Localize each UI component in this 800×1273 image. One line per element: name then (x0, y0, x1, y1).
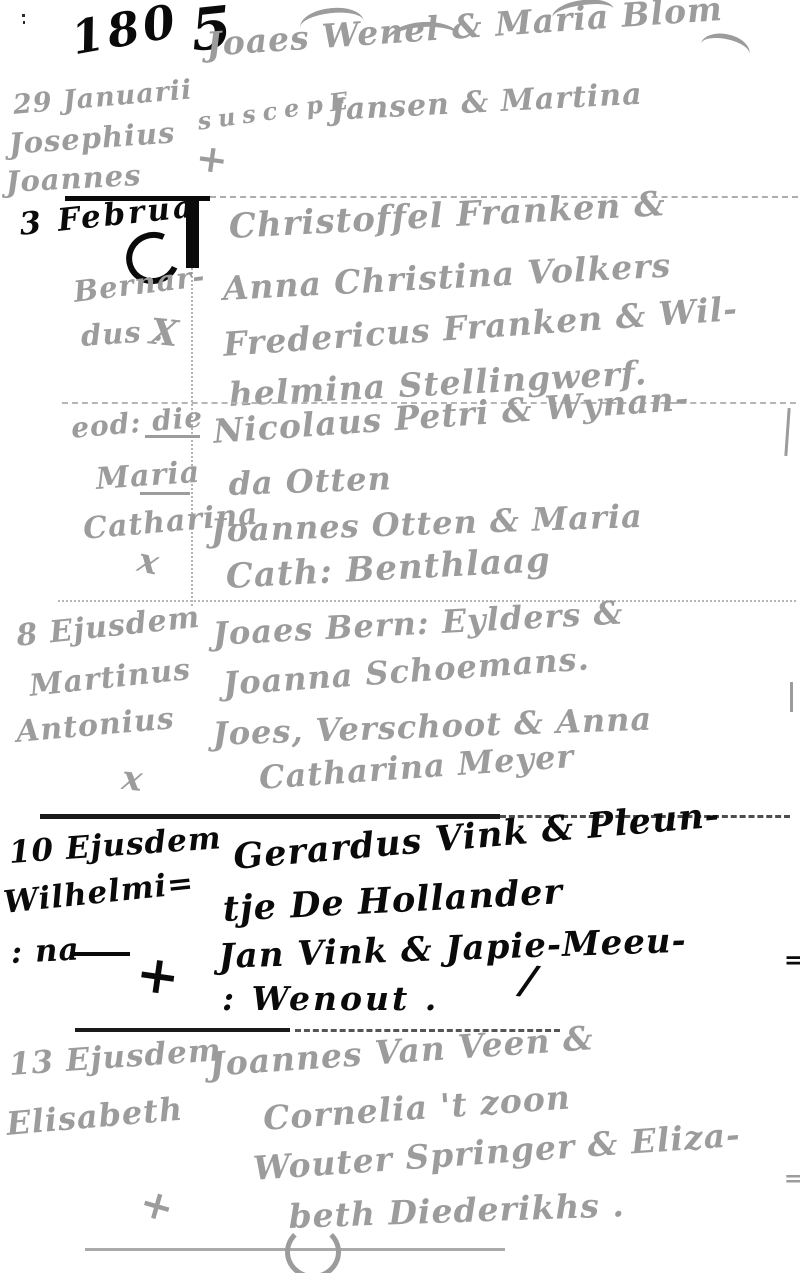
heavy-row-border (40, 814, 500, 819)
heavy-row-border (75, 1028, 290, 1032)
entry-6-child-line-1: Elisabeth (5, 1093, 184, 1140)
ink-speck (22, 14, 25, 17)
entry-3-parents-line-2: da Otten (228, 462, 392, 500)
entry-4-baptism-cross: x (120, 761, 145, 797)
entry-4-parents-line-2: Joanna Schoemans. (222, 642, 591, 700)
entry-5-witnesses-line-2: : Wenout . (222, 982, 439, 1015)
entry-4-child-line-1: Martinus (28, 655, 192, 702)
entry-6-date: 13 Ejusdem (8, 1035, 223, 1081)
entry-2-parents-line-2: Anna Christina Volkers (222, 249, 672, 305)
descender-loop (285, 1225, 341, 1273)
margin-squiggle (790, 682, 793, 712)
row-separator-dotted (58, 600, 796, 602)
entry-3-witnesses-line-1: Joannes Otten & Maria (210, 500, 643, 547)
pen-dash (70, 952, 130, 956)
entry-5-parents-line-2: tje De Hollander (222, 874, 564, 927)
entry-4-witnesses-line-1: Joes, Verschoot & Anna (212, 703, 653, 750)
register-page: 180 5 Joaes Wenel & Maria Blom 29 Januar… (0, 0, 800, 1273)
entry-4-date: 8 Ejusdem (15, 603, 202, 652)
entry-6-witnesses-line-2: beth Diederikhs . (288, 1188, 625, 1233)
edge-equals-mark: = (784, 1168, 800, 1190)
entry-1-child-line-1: Josephius (8, 118, 176, 159)
entry-6-parents-line-2: Cornelia 't zoon (262, 1081, 572, 1135)
entry-5-baptism-cross: + (133, 947, 184, 1005)
entry-3-baptism-cross: x (135, 543, 163, 581)
entry-2-child-line-1: Bernar- (72, 262, 207, 307)
margin-squiggle (784, 408, 790, 456)
flourish-arc (697, 29, 752, 70)
entry-1-baptism-cross: + (194, 138, 232, 180)
entry-2-date: 3 Februa (18, 191, 197, 240)
ink-speck (23, 21, 25, 24)
entry-1-date: 29 Januarii (12, 76, 193, 119)
entry-5-child-line-1: Wilhelmi= (2, 868, 196, 919)
entry-1-child-line-2: Joannes (5, 161, 142, 197)
year-label: 180 (68, 0, 182, 61)
entry-5-witnesses-line-1: Jan Vink & Japie-Meeu- (218, 924, 687, 974)
entry-2-baptism-cross: X (148, 314, 181, 353)
entry-1-parents-line: Joaes Wenel & Maria Blom (205, 0, 724, 61)
pen-dash (145, 435, 200, 438)
pen-dash (140, 492, 190, 495)
entry-6-baptism-cross: + (135, 1182, 179, 1230)
entry-1-witnesses-line: Jansen & Martina (330, 80, 643, 126)
entry-4-child-line-2: Antonius (15, 704, 176, 748)
entry-5-parents-line-1: Gerardus Vink & Pleun- (232, 797, 722, 874)
entry-3-child-line-1: Maria (95, 458, 201, 495)
entry-5-date: 10 Ejusdem (8, 823, 223, 869)
edge-equals-mark: = (784, 948, 800, 972)
entry-3-witnesses-line-2: Cath: Benthlaag (225, 543, 552, 594)
